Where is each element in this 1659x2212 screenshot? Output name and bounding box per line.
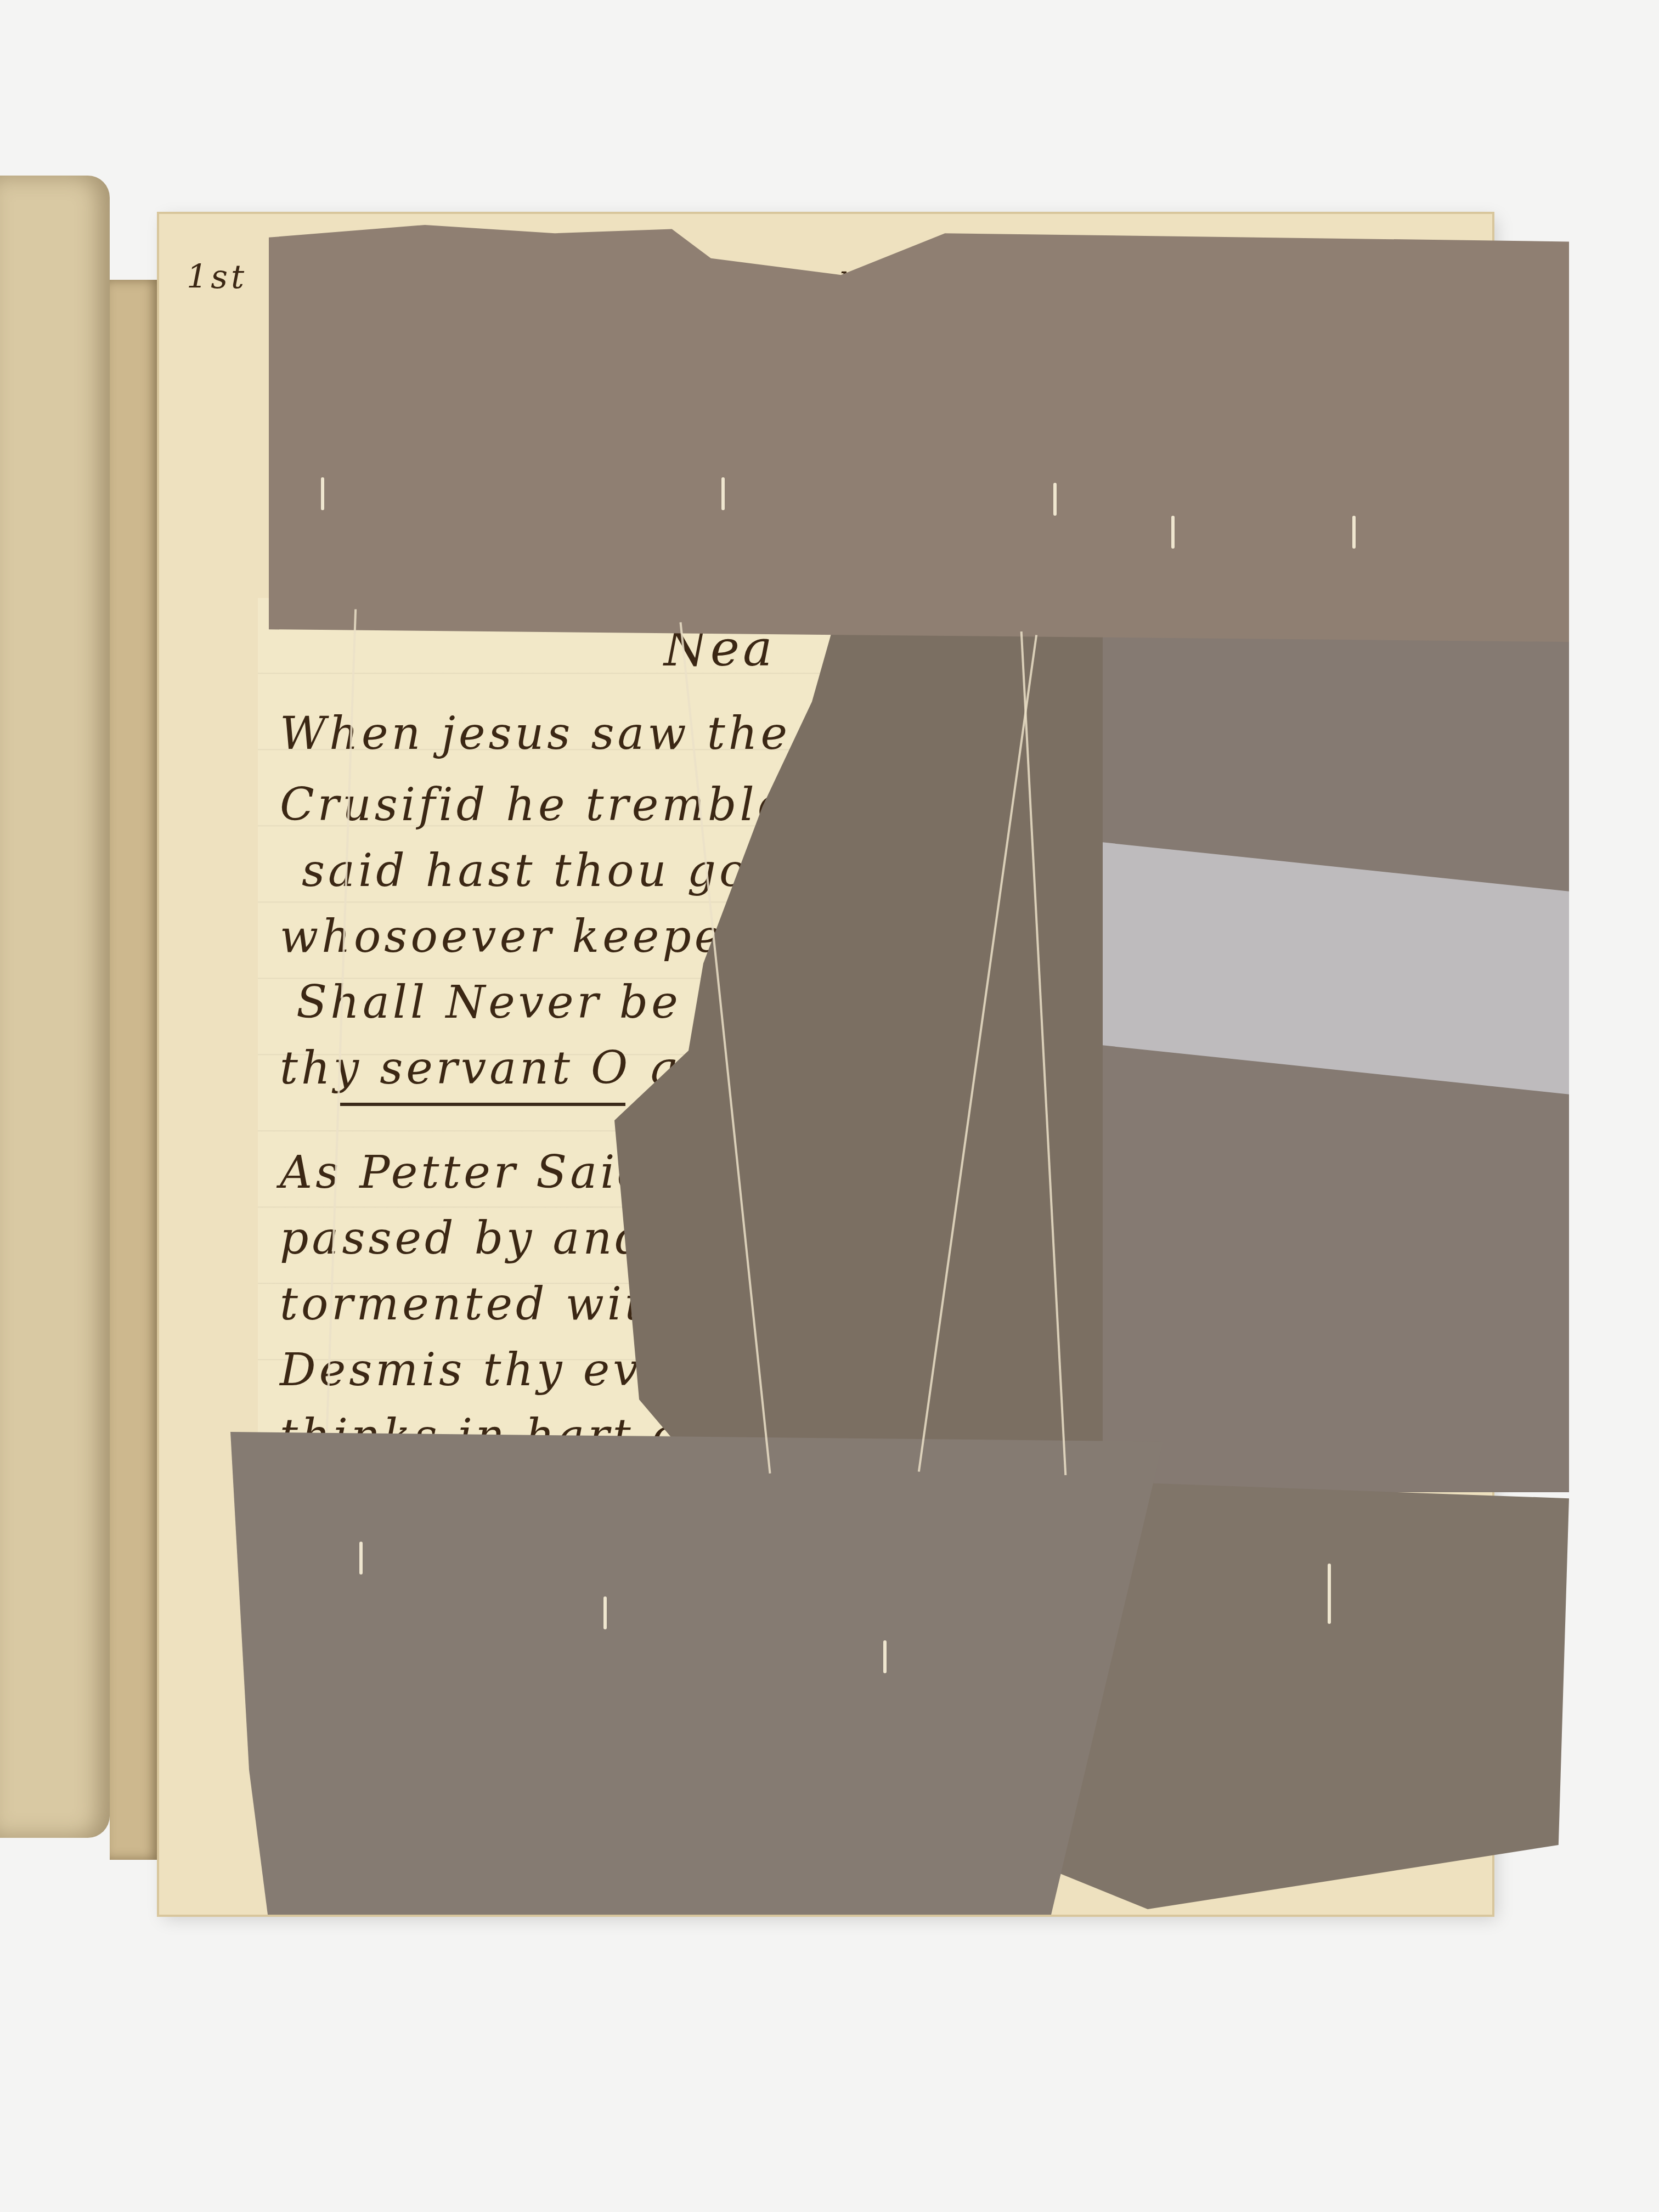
stitch-mark <box>1328 1564 1331 1624</box>
stitch-mark <box>883 1640 887 1673</box>
divider-line <box>340 1103 625 1106</box>
line-6: thy servant O go <box>280 1042 711 1094</box>
line-10: Desmis thy evil <box>280 1344 677 1396</box>
header-fragment-left: 1st <box>187 258 247 296</box>
book-spine-edge <box>110 280 159 1860</box>
stitch-mark <box>603 1596 607 1629</box>
stitch-mark <box>1053 483 1057 516</box>
stitch-mark <box>721 477 725 510</box>
stitch-mark <box>1352 516 1356 549</box>
left-facing-page <box>0 176 110 1838</box>
brown-paper-repair-top <box>269 225 1569 642</box>
stitch-mark <box>359 1542 363 1575</box>
brown-paper-repair-bottom-left <box>230 1432 1163 1915</box>
stitch-mark <box>321 477 324 510</box>
stitch-mark <box>1171 516 1175 549</box>
line-9: tormented with <box>280 1278 679 1330</box>
